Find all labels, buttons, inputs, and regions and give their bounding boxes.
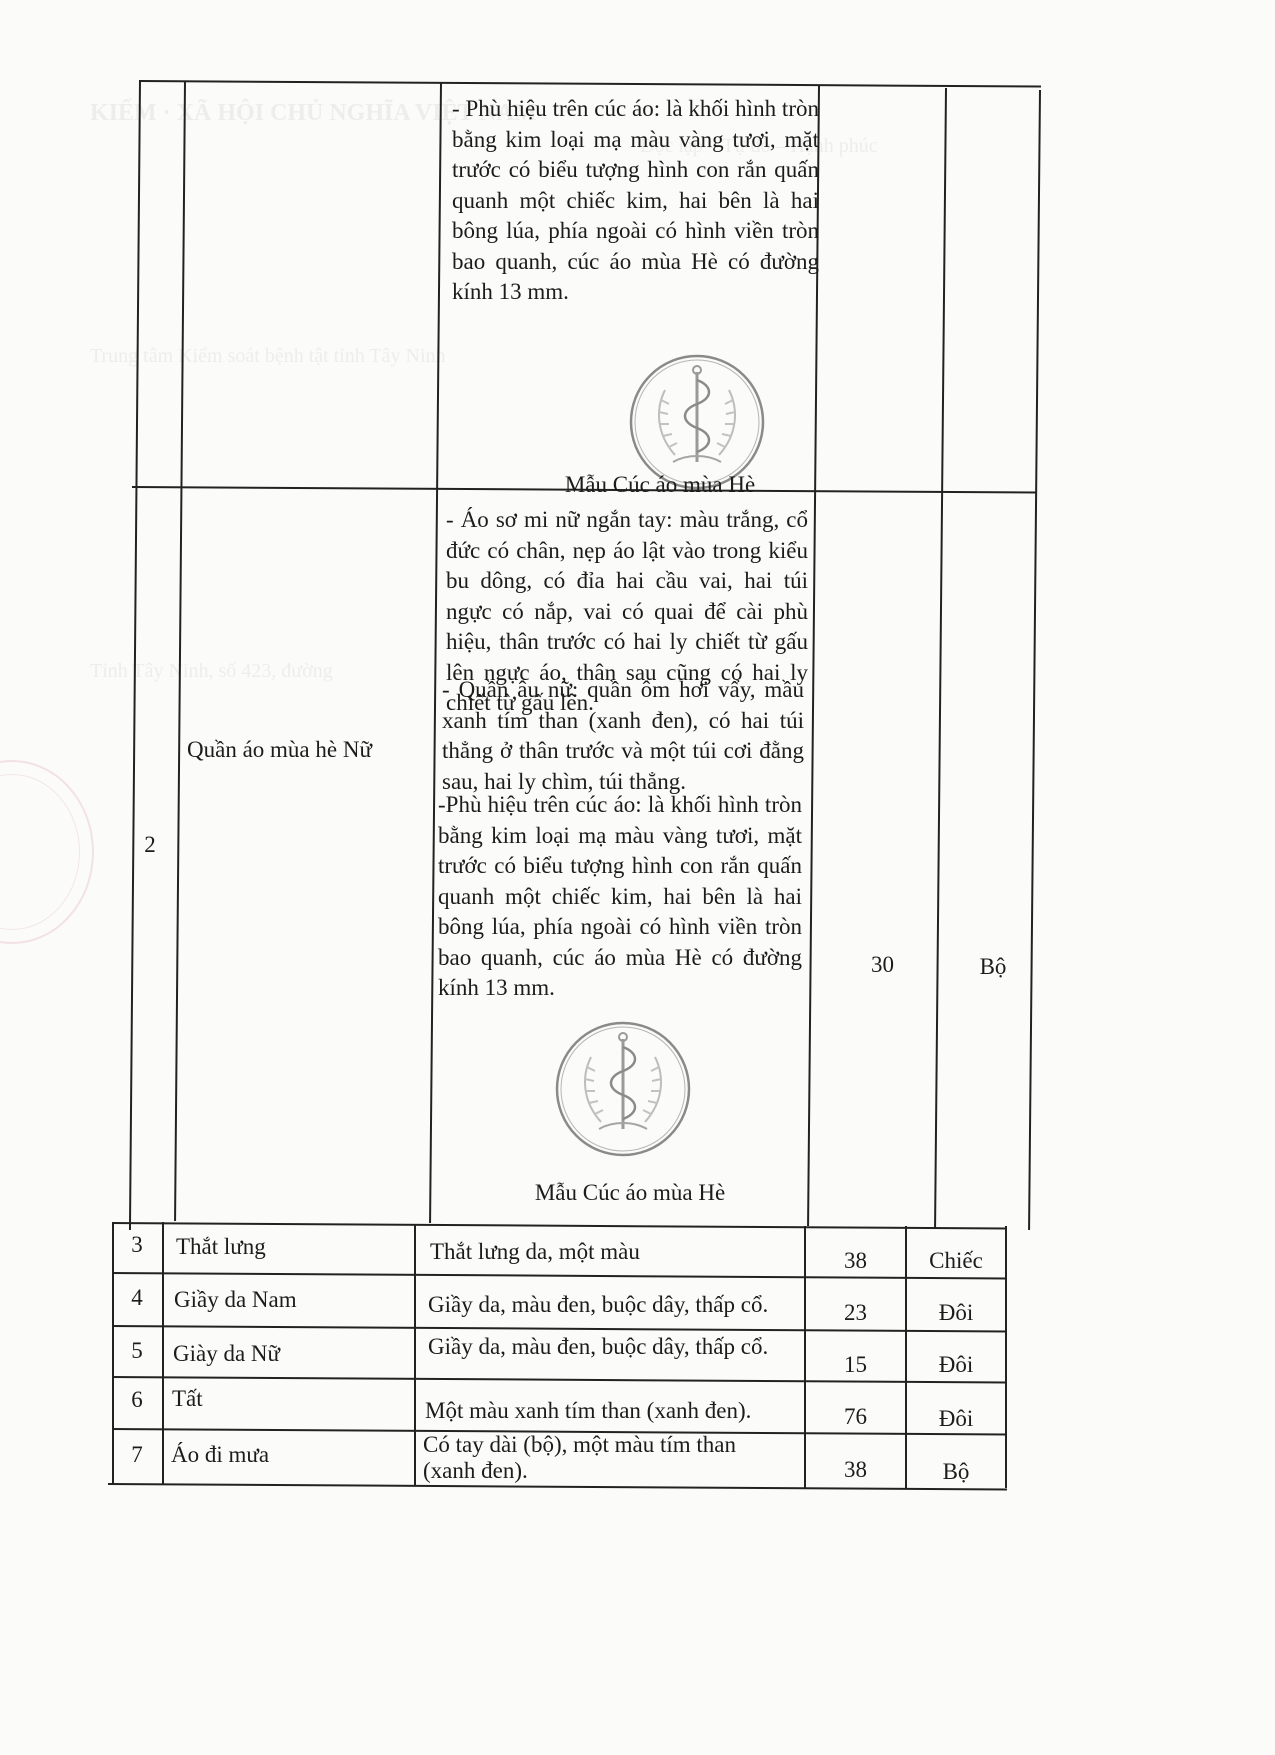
emblem-caption: Mẫu Cúc áo mùa Hè xyxy=(500,472,820,498)
table-border xyxy=(1005,1226,1007,1488)
row-6-stt: 6 xyxy=(112,1385,162,1416)
row-2-quantity: 30 xyxy=(820,950,945,981)
row-4-stt: 4 xyxy=(112,1283,162,1314)
row-2-unit: Bộ xyxy=(947,952,1039,983)
row-2-badge-description: -Phù hiệu trên cúc áo: là khối hình tròn… xyxy=(438,790,802,1004)
row-2-name: Quần áo mùa hè Nữ xyxy=(187,735,427,766)
row-4-unit: Đôi xyxy=(907,1298,1005,1329)
table-border xyxy=(1028,90,1040,1230)
table-border xyxy=(129,80,141,1230)
row-5-unit: Đôi xyxy=(907,1350,1005,1381)
row-2-trousers-description: - Quần âu nữ: quần ôm hơi vẩy, mầu xanh … xyxy=(442,675,804,797)
red-stamp xyxy=(0,760,94,944)
row-6-description: Một màu xanh tím than (xanh đen). xyxy=(425,1396,800,1427)
row-5-name: Giày da Nữ xyxy=(173,1339,408,1370)
row-5-stt: 5 xyxy=(112,1336,162,1367)
row-7-quantity: 38 xyxy=(806,1455,905,1486)
row-separator xyxy=(112,1222,1007,1229)
row-4-description: Giầy da, màu đen, buộc dây, thấp cổ. xyxy=(428,1290,803,1321)
table-border xyxy=(934,88,946,1228)
bleed-through-text: Trung tâm Kiểm soát bệnh tật tỉnh Tây Ni… xyxy=(90,345,446,368)
row-3-stt: 3 xyxy=(112,1230,162,1261)
row-4-quantity: 23 xyxy=(806,1298,905,1329)
row-3-quantity: 38 xyxy=(806,1246,905,1277)
row-7-name: Áo đi mưa xyxy=(171,1440,406,1471)
table-border xyxy=(140,80,1041,87)
row-3-name: Thắt lưng xyxy=(176,1232,411,1263)
row-7-description: Có tay dài (bộ), một màu tím than (xanh … xyxy=(423,1428,793,1484)
row-3-description: Thắt lưng da, một màu xyxy=(430,1237,800,1268)
bleed-through-text: Tỉnh Tây Ninh, số 423, đường xyxy=(90,660,333,683)
table-border xyxy=(429,83,441,1223)
table-border xyxy=(174,81,185,1221)
row-6-unit: Đôi xyxy=(907,1404,1005,1435)
table-border xyxy=(162,1222,164,1484)
row-2-stt: 2 xyxy=(140,830,160,861)
row-4-name: Giầy da Nam xyxy=(174,1285,409,1316)
row-6-name: Tất xyxy=(172,1384,407,1415)
row-5-quantity: 15 xyxy=(806,1350,905,1381)
row-5-description: Giầy da, màu đen, buộc dây, thấp cổ. xyxy=(428,1332,803,1363)
row-3-unit: Chiếc xyxy=(907,1246,1005,1277)
row-6-quantity: 76 xyxy=(806,1402,905,1433)
row-1-description: - Phù hiệu trên cúc áo: là khối hình trò… xyxy=(452,94,819,308)
row-7-stt: 7 xyxy=(112,1440,162,1471)
emblem-caption: Mẫu Cúc áo mùa Hè xyxy=(460,1180,800,1206)
caduceus-emblem-icon xyxy=(551,1017,695,1161)
table-border xyxy=(414,1224,416,1486)
document-page: KIỂM · XÃ HỘI CHỦ NGHĨA VIỆT NAM Độc lập… xyxy=(0,0,1275,1755)
row-7-unit: Bộ xyxy=(907,1457,1005,1488)
